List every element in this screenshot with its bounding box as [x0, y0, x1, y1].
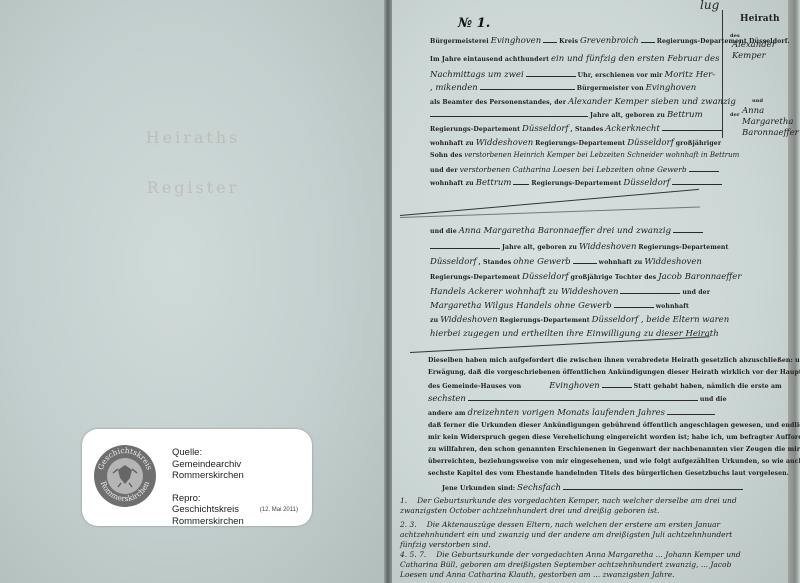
ghost-title: Heiraths [0, 128, 386, 147]
repro-label: Repro: [172, 493, 312, 505]
urkunden-heading: Jene Urkunden sind: Sechsfach [442, 483, 743, 493]
header-line: Bürgermeisterei Evinghoven Kreis Grevenb… [430, 36, 790, 46]
ghost-subtitle: Register [0, 178, 386, 197]
source-card-text: Quelle: Gemeindearchiv Rommerskirchen Re… [172, 447, 312, 527]
form-line: und der verstorbenen Catharina Loesen be… [430, 165, 719, 174]
quelle-value: Gemeindearchiv Rommerskirchen [172, 459, 312, 482]
form-line: Sohn des verstorbenen Heinrich Kemper be… [430, 151, 739, 159]
urkunde-item: 2. 3.Die Aktenauszüge dessen Eltern, nac… [400, 520, 760, 550]
form-line: und die Anna Margaretha Baronnaeffer dre… [430, 226, 703, 236]
form-line: Handels Ackerer wohnhaft zu Widdeshoven … [430, 287, 710, 297]
body-line: mir kein Widerspruch gegen diese Verehel… [428, 434, 800, 441]
buergermeisterei-value: Evinghoven [491, 36, 542, 46]
body-line: überreichten, beziehungsweise von mir ei… [428, 458, 800, 465]
repro-date: (12. Mai 2011) [260, 507, 298, 513]
book-spread: Heiraths Register Geschichtskreis Rommer… [0, 0, 800, 583]
body-line: zu willfahren, den schon genannten Ersch… [428, 446, 800, 453]
strike-line [400, 207, 700, 218]
buergermeisterei-label: Bürgermeisterei [430, 38, 489, 45]
form-line: als Beamter des Personenstandes, der Ale… [430, 97, 736, 107]
form-line: Düsseldorf , Standes ohne Gewerb wohnhaf… [430, 257, 702, 267]
body-line: Dieselben haben mich aufgefordert die zw… [428, 357, 800, 364]
form-line: Im Jahre eintausend achthundert ein und … [430, 54, 719, 64]
form-line: Regierungs-Departement Düsseldorf , Stan… [430, 124, 722, 134]
kreis-label: Kreis [559, 38, 578, 45]
form-line: Jahre alt, geboren zu Widdeshoven Regier… [430, 242, 728, 252]
seal-logo-icon: Geschichtskreis Rommerskirchen [94, 445, 156, 507]
form-line: Jahre alt, geboren zu Bettrum [430, 110, 703, 120]
body-line: des Gemeinde-Hauses von Evinghoven Statt… [428, 381, 782, 391]
form-line: wohnhaft zu Widdeshoven Regierungs-Depar… [430, 138, 721, 148]
register-form: Bürgermeisterei Evinghoven Kreis Grevenb… [430, 0, 770, 583]
form-line: wohnhaft zu Bettrum Regierungs-Departeme… [430, 178, 722, 188]
body-line: daß ferner die Urkunden dieser Ankündigu… [428, 422, 800, 429]
quelle-label: Quelle: [172, 447, 312, 459]
body-line: andere am dreizehnten vorigen Monats lau… [428, 408, 715, 418]
page-edge [788, 0, 800, 583]
body-line: Erwägung, daß die vorgeschriebenen öffen… [428, 369, 800, 376]
urkunde-item: 1.Der Geburtsurkunde des vorgedachten Ke… [400, 496, 760, 516]
form-line: , mikenden Bürgermeister von Evinghoven [430, 83, 696, 93]
body-line: sechsten und die [428, 394, 727, 404]
book-spine [384, 0, 392, 583]
regbez-label: Regierungs-Departement Düsseldorf. [657, 38, 790, 45]
form-line: Regierungs-Departement Düsseldorf großjä… [430, 272, 741, 282]
kreis-value: Grevenbroich [580, 36, 639, 46]
form-line: zu Widdeshoven Regierungs-Departement Dü… [430, 315, 729, 325]
form-line: Margaretha Wilgus Handels ohne Gewerb wo… [430, 301, 689, 311]
left-page: Heiraths Register Geschichtskreis Rommer… [0, 0, 386, 583]
source-card: Geschichtskreis Rommerskirchen Quelle: G… [82, 429, 312, 526]
form-line: Nachmittags um zwei Uhr, erschienen vor … [430, 70, 715, 80]
urkunde-item: 4. 5. 7.Die Geburtsurkunde der vorgedach… [400, 550, 760, 580]
body-line: sechste Kapitel des vom Ehestande handel… [428, 470, 789, 477]
